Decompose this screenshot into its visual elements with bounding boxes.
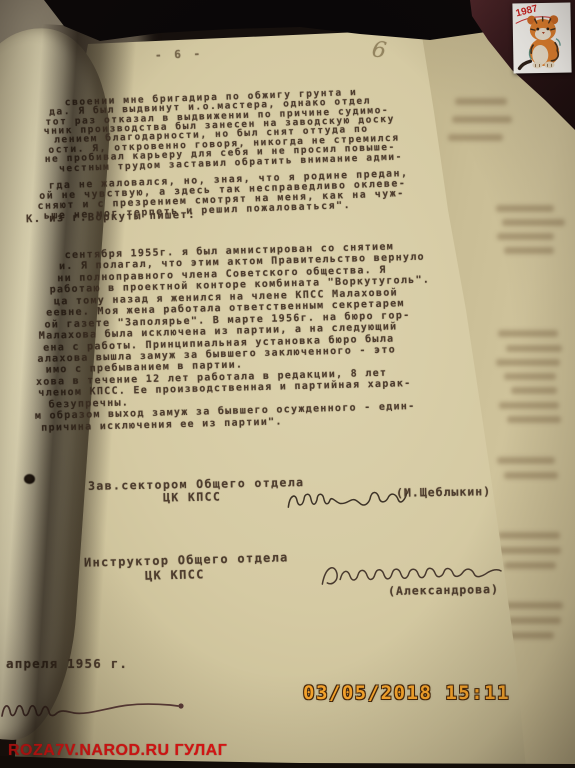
blurred-underpage-text: [507, 416, 561, 423]
camera-timestamp: 03/05/2018 15:11: [303, 682, 510, 704]
site-watermark: ROZA7V.NAROD.RU ГУЛАГ: [8, 742, 227, 760]
signature2-org: ЦК КПСС: [145, 567, 205, 583]
blurred-underpage-text: [502, 219, 565, 226]
blurred-underpage-text: [496, 359, 560, 366]
blurred-underpage-text: [499, 402, 559, 409]
blurred-underpage-text: [452, 116, 512, 123]
date-line: апреля 1956 г.: [6, 656, 128, 671]
blurred-underpage-text: [498, 330, 558, 337]
blurred-underpage-text: [497, 233, 554, 240]
hole-punch-dot: [24, 474, 35, 484]
blurred-underpage-text: [506, 345, 562, 352]
blurred-underpage-text: [504, 247, 554, 254]
signature1-name: (М.Щеблыкин): [396, 484, 491, 500]
blurred-underpage-text: [498, 532, 560, 539]
signature1-org: ЦК КПСС: [163, 489, 222, 504]
typed-letter-paragraph: сентября 1955г. я был амнистирован со сн…: [30, 227, 65, 434]
blurred-underpage-text: [504, 562, 556, 569]
archive-photo-frame: - 6 - 6 своении мне бригадира по обжигу …: [0, 0, 575, 768]
blurred-underpage-text: [511, 387, 557, 394]
tiger-stamp: 1987: [512, 2, 571, 73]
blurred-underpage-text: [455, 98, 507, 105]
typed-page-number: - 6 -: [155, 47, 204, 62]
blurred-underpage-text: [448, 134, 503, 141]
blurred-underpage-text: [504, 472, 558, 479]
blurred-underpage-text: [507, 617, 561, 624]
bottom-scribble-signature: [0, 692, 205, 728]
blurred-underpage-text: [504, 373, 556, 380]
tiger-cub-illustration: 1987: [512, 2, 571, 73]
signature2-name: (Александрова): [388, 582, 499, 598]
blurred-underpage-text: [497, 457, 555, 464]
blurred-underpage-text: [496, 205, 554, 212]
